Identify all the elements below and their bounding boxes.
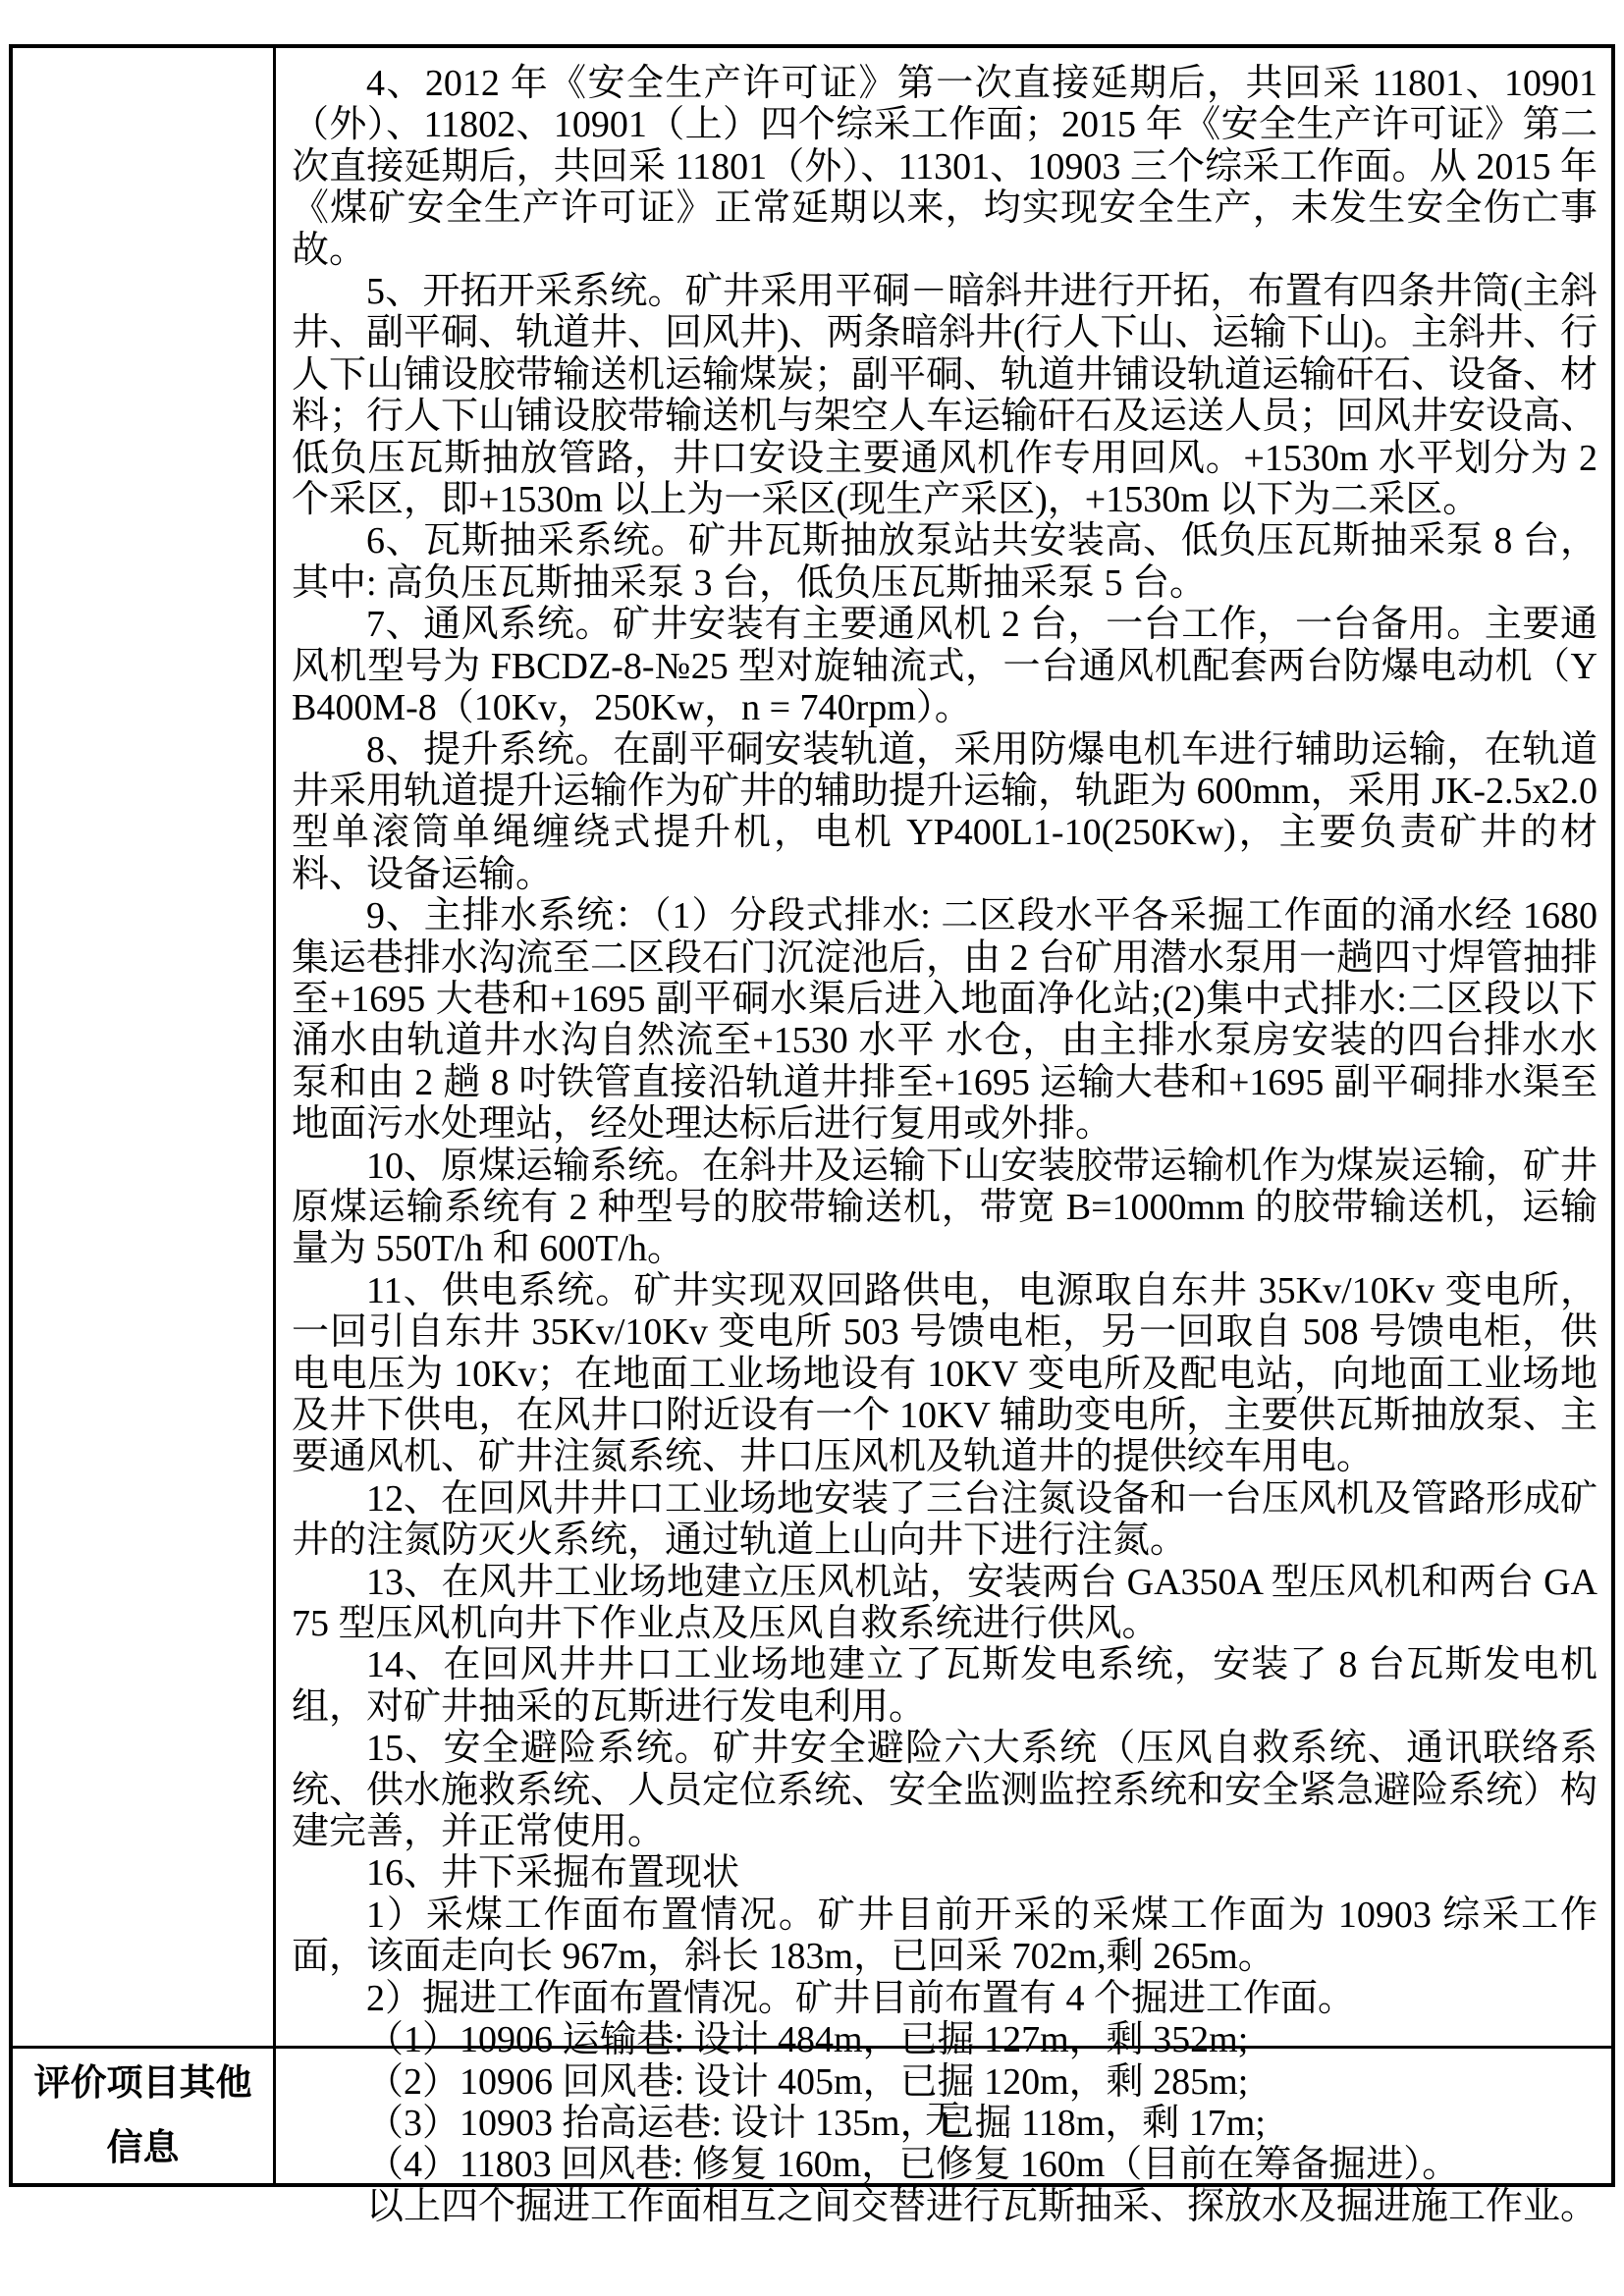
evaluation-table: 4、2012 年《安全生产许可证》第一次直接延期后，共回采 11801、1090…: [9, 44, 1615, 2187]
main-row-label-cell-empty: [13, 48, 276, 2046]
paragraph: 6、瓦斯抽采系统。矿井瓦斯抽放泵站共安装高、低负压瓦斯抽采泵 8 台，其中: 高…: [292, 520, 1597, 604]
paragraph: 2）掘进工作面布置情况。矿井目前布置有 4 个掘进工作面。: [292, 1978, 1597, 2019]
paragraph: 11、供电系统。矿井实现双回路供电，电源取自东井 35Kv/10Kv 变电所，一…: [292, 1270, 1597, 1478]
other-info-value-cell: 无: [276, 2049, 1611, 2183]
paragraph: 14、在回风井井口工业场地建立了瓦斯发电系统，安装了 8 台瓦斯发电机组，对矿井…: [292, 1644, 1597, 1728]
table-row-other-info: 评价项目其他 信息 无: [13, 2046, 1611, 2183]
other-info-label: 评价项目其他 信息: [13, 2049, 276, 2183]
paragraph: 7、通风系统。矿井安装有主要通风机 2 台，一台工作，一台备用。主要通风机型号为…: [292, 604, 1597, 728]
scanned-document-page: 4、2012 年《安全生产许可证》第一次直接延期后，共回采 11801、1090…: [0, 0, 1624, 2296]
other-info-label-line: 信息: [107, 2116, 180, 2181]
paragraph: 9、主排水系统：（1）分段式排水: 二区段水平各采掘工作面的涌水经 1680 集…: [292, 895, 1597, 1145]
paragraph: 8、提升系统。在副平硐安装轨道，采用防爆电机车进行辅助运输，在轨道井采用轨道提升…: [292, 729, 1597, 896]
evaluation-detail-text: 4、2012 年《安全生产许可证》第一次直接延期后，共回采 11801、1090…: [276, 48, 1611, 2046]
other-info-value: 无: [925, 2089, 962, 2143]
paragraph: 10、原煤运输系统。在斜井及运输下山安装胶带运输机作为煤炭运输，矿井原煤运输系统…: [292, 1146, 1597, 1270]
paragraph: 12、在回风井井口工业场地安装了三台注氮设备和一台压风机及管路形成矿井的注氮防灭…: [292, 1478, 1597, 1562]
paragraph: 以上四个掘进工作面相互之间交替进行瓦斯抽采、探放水及掘进施工作业。: [292, 2186, 1597, 2227]
paragraph: 16、井下采掘布置现状: [292, 1852, 1597, 1894]
other-info-label-line: 评价项目其他: [34, 2052, 252, 2116]
paragraph: 1）采煤工作面布置情况。矿井目前开采的采煤工作面为 10903 综采工作面，该面…: [292, 1895, 1597, 1978]
paragraph: 4、2012 年《安全生产许可证》第一次直接延期后，共回采 11801、1090…: [292, 63, 1597, 271]
paragraph: 5、开拓开采系统。矿井采用平硐－暗斜井进行开拓，布置有四条井筒(主斜井、副平硐、…: [292, 271, 1597, 520]
table-row-main: 4、2012 年《安全生产许可证》第一次直接延期后，共回采 11801、1090…: [13, 48, 1611, 2046]
paragraph: 13、在风井工业场地建立压风机站，安装两台 GA350A 型压风机和两台 GA7…: [292, 1562, 1597, 1645]
paragraph: 15、安全避险系统。矿井安全避险六大系统（压风自救系统、通讯联络系统、供水施救系…: [292, 1728, 1597, 1852]
